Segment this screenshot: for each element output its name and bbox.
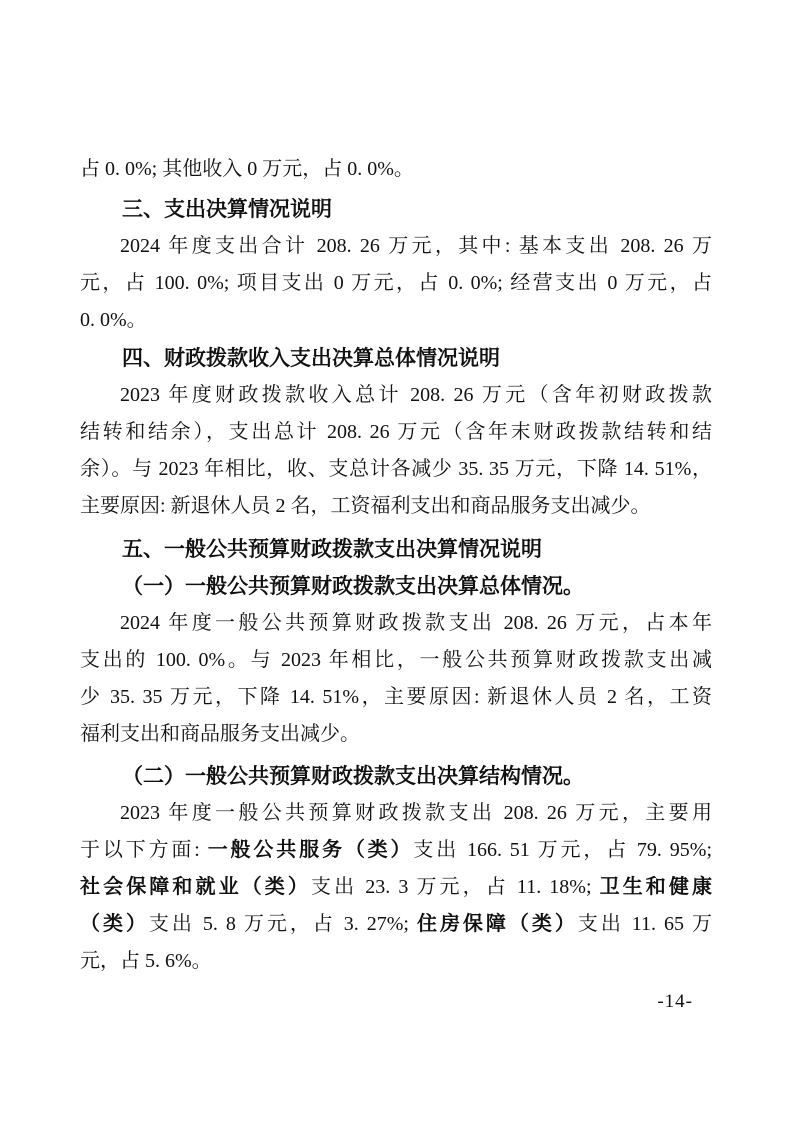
text-segment: 结转和结余），支出总计 208. 26 万元（含年末财政拨款结转和结 [80,421,712,443]
text-segment: 四、财政拨款收入支出决算总体情况说明 [122,347,500,370]
text-segment: 2023 年度财政拨款收入总计 208. 26 万元（含年初财政拨款 [120,384,712,406]
text-segment: （二）一般公共预算财政拨款支出决算结构情况。 [122,764,584,788]
text-segment: 福利支出和商品服务支出减少。 [80,723,360,745]
paragraph-structure-line5: 元，占 5. 6%。 [80,943,712,980]
bold-category-term: 一般公共服务（类） [208,839,414,861]
text-segment: 支出 23. 3 万元，占 11. 18%; [311,876,600,898]
text-segment: 支出 166. 51 万元，占 79. 95%; [413,839,712,861]
paragraph-fiscal-line2: 结转和结余），支出总计 208. 26 万元（含年末财政拨款结转和结 [80,414,712,451]
text-segment: 于以下方面: [80,839,208,861]
paragraph-expenditure-line1: 2024 年度支出合计 208. 26 万元，其中: 基本支出 208. 26 … [80,228,712,265]
text-segment: 元，占 100. 0%; 项目支出 0 万元，占 0. 0%; 经营支出 0 万… [80,272,712,294]
text-segment: 元，占 5. 6%。 [80,950,212,972]
text-content: 占 0. 0%; 其他收入 0 万元，占 0. 0%。三、支出决算情况说明202… [80,151,712,980]
heading-section-5-general-public-budget: 五、一般公共预算财政拨款支出决算情况说明 [80,531,712,568]
heading-section-4-fiscal-appropriation: 四、财政拨款收入支出决算总体情况说明 [80,340,712,377]
paragraph-fiscal-line1: 2023 年度财政拨款收入总计 208. 26 万元（含年初财政拨款 [80,377,712,414]
bold-category-term: 住房保障（类） [417,913,578,935]
paragraph-overall-line1: 2024 年度一般公共预算财政拨款支出 208. 26 万元，占本年 [80,605,712,642]
paragraph-structure-line1: 2023 年度一般公共预算财政拨款支出 208. 26 万元，主要用 [80,795,712,832]
paragraph-fiscal-line3: 余）。与 2023 年相比，收、支总计各减少 35. 35 万元，下降 14. … [80,451,712,488]
paragraph-expenditure-line3: 0. 0%。 [80,302,712,339]
paragraph-overall-line3: 少 35. 35 万元，下降 14. 51%，主要原因: 新退休人员 2 名，工… [80,679,712,716]
paragraph-continuation-other-income: 占 0. 0%; 其他收入 0 万元，占 0. 0%。 [80,151,712,188]
heading-sub-1-overall: （一）一般公共预算财政拨款支出决算总体情况。 [80,568,712,605]
text-segment: 占 0. 0%; 其他收入 0 万元，占 0. 0%。 [80,158,414,180]
page-number: -14- [657,991,693,1013]
paragraph-structure-line4: （类）支出 5. 8 万元，占 3. 27%; 住房保障（类）支出 11. 65… [80,906,712,943]
paragraph-structure-line2: 于以下方面: 一般公共服务（类）支出 166. 51 万元，占 79. 95%; [80,832,712,869]
text-segment: 支出 11. 65 万 [578,913,712,935]
text-segment: 余）。与 2023 年相比，收、支总计各减少 35. 35 万元，下降 14. … [80,458,712,480]
heading-sub-2-structure: （二）一般公共预算财政拨款支出决算结构情况。 [80,758,712,795]
paragraph-structure-line3: 社会保障和就业（类）支出 23. 3 万元，占 11. 18%; 卫生和健康 [80,869,712,906]
heading-section-3-expenditure: 三、支出决算情况说明 [80,191,712,228]
document-page: 占 0. 0%; 其他收入 0 万元，占 0. 0%。三、支出决算情况说明202… [0,0,793,1122]
paragraph-overall-line4: 福利支出和商品服务支出减少。 [80,716,712,753]
text-segment: 2024 年度支出合计 208. 26 万元，其中: 基本支出 208. 26 … [120,235,712,257]
text-segment: 2024 年度一般公共预算财政拨款支出 208. 26 万元，占本年 [120,612,712,634]
text-segment: 支出 5. 8 万元，占 3. 27%; [149,913,417,935]
text-segment: 三、支出决算情况说明 [122,198,332,221]
text-segment: （一）一般公共预算财政拨款支出决算总体情况。 [122,574,584,598]
text-segment: 主要原因: 新退休人员 2 名，工资福利支出和商品服务支出减少。 [80,495,651,517]
paragraph-expenditure-line2: 元，占 100. 0%; 项目支出 0 万元，占 0. 0%; 经营支出 0 万… [80,265,712,302]
bold-category-term: 社会保障和就业（类） [80,876,311,898]
bold-category-term: 卫生和健康 [600,876,712,898]
text-segment: 0. 0%。 [80,309,147,331]
text-segment: 少 35. 35 万元，下降 14. 51%，主要原因: 新退休人员 2 名，工… [80,686,712,708]
text-segment: 支出的 100. 0%。与 2023 年相比，一般公共预算财政拨款支出减 [80,649,712,671]
text-segment: 2023 年度一般公共预算财政拨款支出 208. 26 万元，主要用 [120,802,712,824]
paragraph-fiscal-line4: 主要原因: 新退休人员 2 名，工资福利支出和商品服务支出减少。 [80,488,712,525]
paragraph-overall-line2: 支出的 100. 0%。与 2023 年相比，一般公共预算财政拨款支出减 [80,642,712,679]
bold-category-term: （类） [80,913,149,935]
text-segment: 五、一般公共预算财政拨款支出决算情况说明 [122,538,542,561]
